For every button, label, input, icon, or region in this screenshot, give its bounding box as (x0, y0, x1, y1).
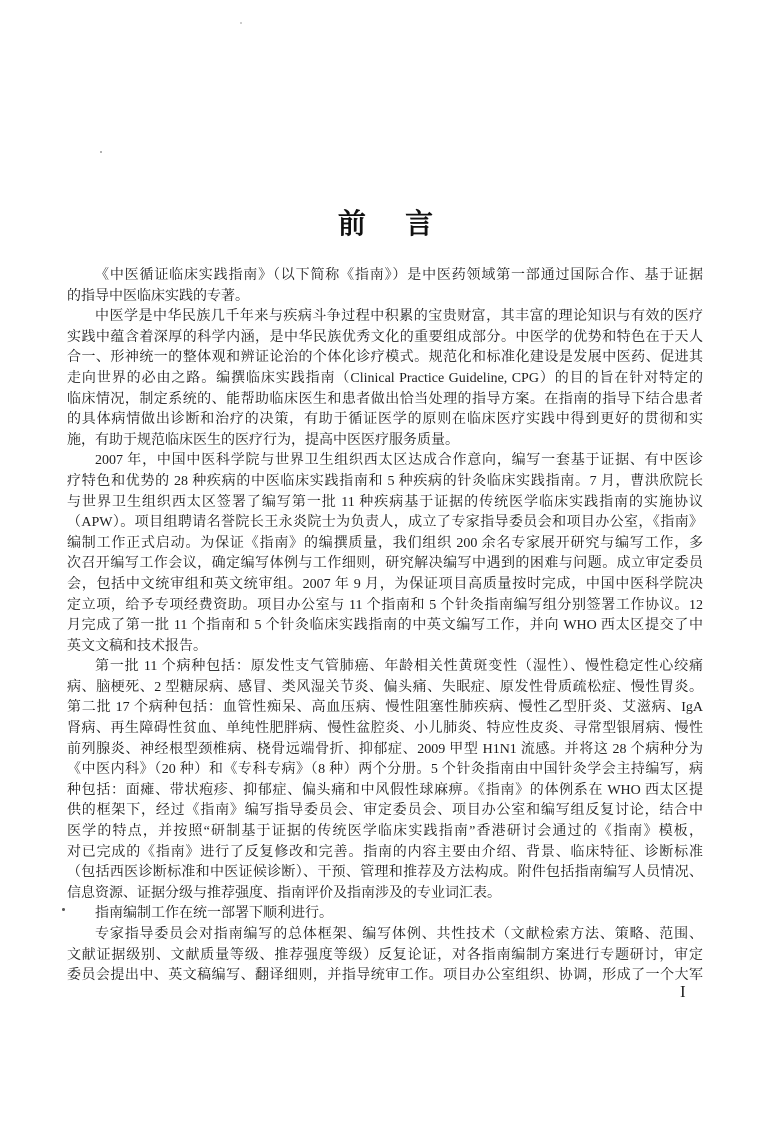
text-line: 病、脑梗死、2 型糖尿病、感冒、类风湿关节炎、偏头痛、失眠症、原发性骨质疏松症、… (67, 678, 703, 699)
text-line: 文献证据级别、文献质量等级、推荐强度等级）反复论证，对各指南编制方案进行专题研讨… (67, 946, 703, 967)
text-line: 《中医内科》（20 种）和《专科专病》（8 种）两个分册。5 个针灸指南由中国针… (67, 760, 703, 781)
text-line: 施，有助于规范临床医生的医疗行为，提高中医医疗服务质量。 (67, 431, 703, 452)
body-text: 《中医循证临床实践指南》（以下简称《指南》）是中医药领域第一部通过国际合作、基于… (67, 266, 703, 987)
text-line: 前列腺炎、神经根型颈椎病、桡骨远端骨折、抑郁症、2009 甲型 H1N1 流感。… (67, 740, 703, 761)
text-line: （APW）。项目组聘请名誉院长王永炎院士为负责人，成立了专家指导委员会和项目办公… (67, 513, 703, 534)
text-line: 2007 年，中国中医科学院与世界卫生组织西太区达成合作意向，编写一套基于证据、… (67, 451, 703, 472)
text-line: 英文文稿和技术报告。 (67, 637, 703, 658)
text-line: 《中医循证临床实践指南》（以下简称《指南》）是中医药领域第一部通过国际合作、基于… (67, 266, 703, 287)
text-line: 第二批 17 个病种包括：血管性痴呆、高血压病、慢性阻塞性肺疾病、慢性乙型肝炎、… (67, 698, 703, 719)
page-number: I (680, 982, 686, 1002)
preface-title: 前言 (0, 202, 771, 242)
text-line: 委员会提出中、英文稿编写、翻译细则，并指导统审工作。项目办公室组织、协调，形成了… (67, 966, 703, 987)
text-line: 临床情况，制定系统的、能帮助临床医生和患者做出恰当处理的指导方案。在指南的指导下… (67, 390, 703, 411)
text-line: 实践中蕴含着深厚的科学内涵，是中华民族优秀文化的重要组成部分。中医学的优势和特色… (67, 328, 703, 349)
text-line: 信息资源、证据分级与推荐强度、指南评价及指南涉及的专业词汇表。 (67, 884, 703, 905)
text-line: 合一、形神统一的整体观和辨证论治的个体化诊疗模式。规范化和标准化建设是发展中医药… (67, 348, 703, 369)
text-line: 月完成了第一批 11 个指南和 5 个针灸临床实践指南的中英文编写工作，并向 W… (67, 616, 703, 637)
text-line: 疗特色和优势的 28 种疾病的中医临床实践指南和 5 种疾病的针灸临床实践指南。… (67, 472, 703, 493)
text-line: 与世界卫生组织西太区签署了编写第一批 11 种疾病基于证据的传统医学临床实践指南… (67, 493, 703, 514)
text-line: 种包括：面瘫、带状疱疹、抑郁症、偏头痛和中风假性球麻痹。《指南》的体例系在 WH… (67, 781, 703, 802)
text-line: 次召开编写工作会议，确定编写体例与工作细则，研究解决编写中遇到的困难与问题。成立… (67, 554, 703, 575)
text-line: 定立项，给予专项经费资助。项目办公室与 11 个指南和 5 个针灸指南编写组分别… (67, 596, 703, 617)
text-line: 第一批 11 个病种包括：原发性支气管肺癌、年龄相关性黄斑变性（湿性）、慢性稳定… (67, 657, 703, 678)
text-line: 中医学是中华民族几千年来与疾病斗争过程中积累的宝贵财富，其丰富的理论知识与有效的… (67, 307, 703, 328)
text-line: 的指导中医临床实践的专著。 (67, 287, 703, 308)
scan-speck (240, 22, 242, 24)
text-line: 会，包括中文统审组和英文统审组。2007 年 9 月，为保证项目高质量按时完成，… (67, 575, 703, 596)
scanned-preface-page: 前言 《中医循证临床实践指南》（以下简称《指南》）是中医药领域第一部通过国际合作… (0, 0, 771, 1122)
text-line: 专家指导委员会对指南编写的总体框架、编写体例、共性技术（文献检索方法、策略、范围… (67, 925, 703, 946)
text-line: 医学的特点，并按照“研制基于证据的传统医学临床实践指南”香港研讨会通过的《指南》… (67, 822, 703, 843)
scan-speck (62, 908, 65, 911)
text-line: 对已完成的《指南》进行了反复修改和完善。指南的内容主要由介绍、背景、临床特征、诊… (67, 843, 703, 864)
text-line: 指南编制工作在统一部署下顺利进行。 (67, 904, 703, 925)
text-line: 供的框架下，经过《指南》编写指导委员会、审定委员会、项目办公室和编写组反复讨论，… (67, 801, 703, 822)
text-line: 走向世界的必由之路。编撰临床实践指南（Clinical Practice Gui… (67, 369, 703, 390)
text-line: 肾病、再生障碍性贫血、单纯性肥胖病、慢性盆腔炎、小儿肺炎、特应性皮炎、寻常型银屑… (67, 719, 703, 740)
text-line: （包括西医诊断标准和中医证候诊断）、干预、管理和推荐及方法构成。附件包括指南编写… (67, 863, 703, 884)
text-line: 的具体病情做出诊断和治疗的决策，有助于循证医学的原则在临床医疗实践中得到更好的贯… (67, 410, 703, 431)
text-line: 编制工作正式启动。为保证《指南》的编撰质量，我们组织 200 余名专家展开研究与… (67, 534, 703, 555)
scan-speck (100, 151, 102, 153)
